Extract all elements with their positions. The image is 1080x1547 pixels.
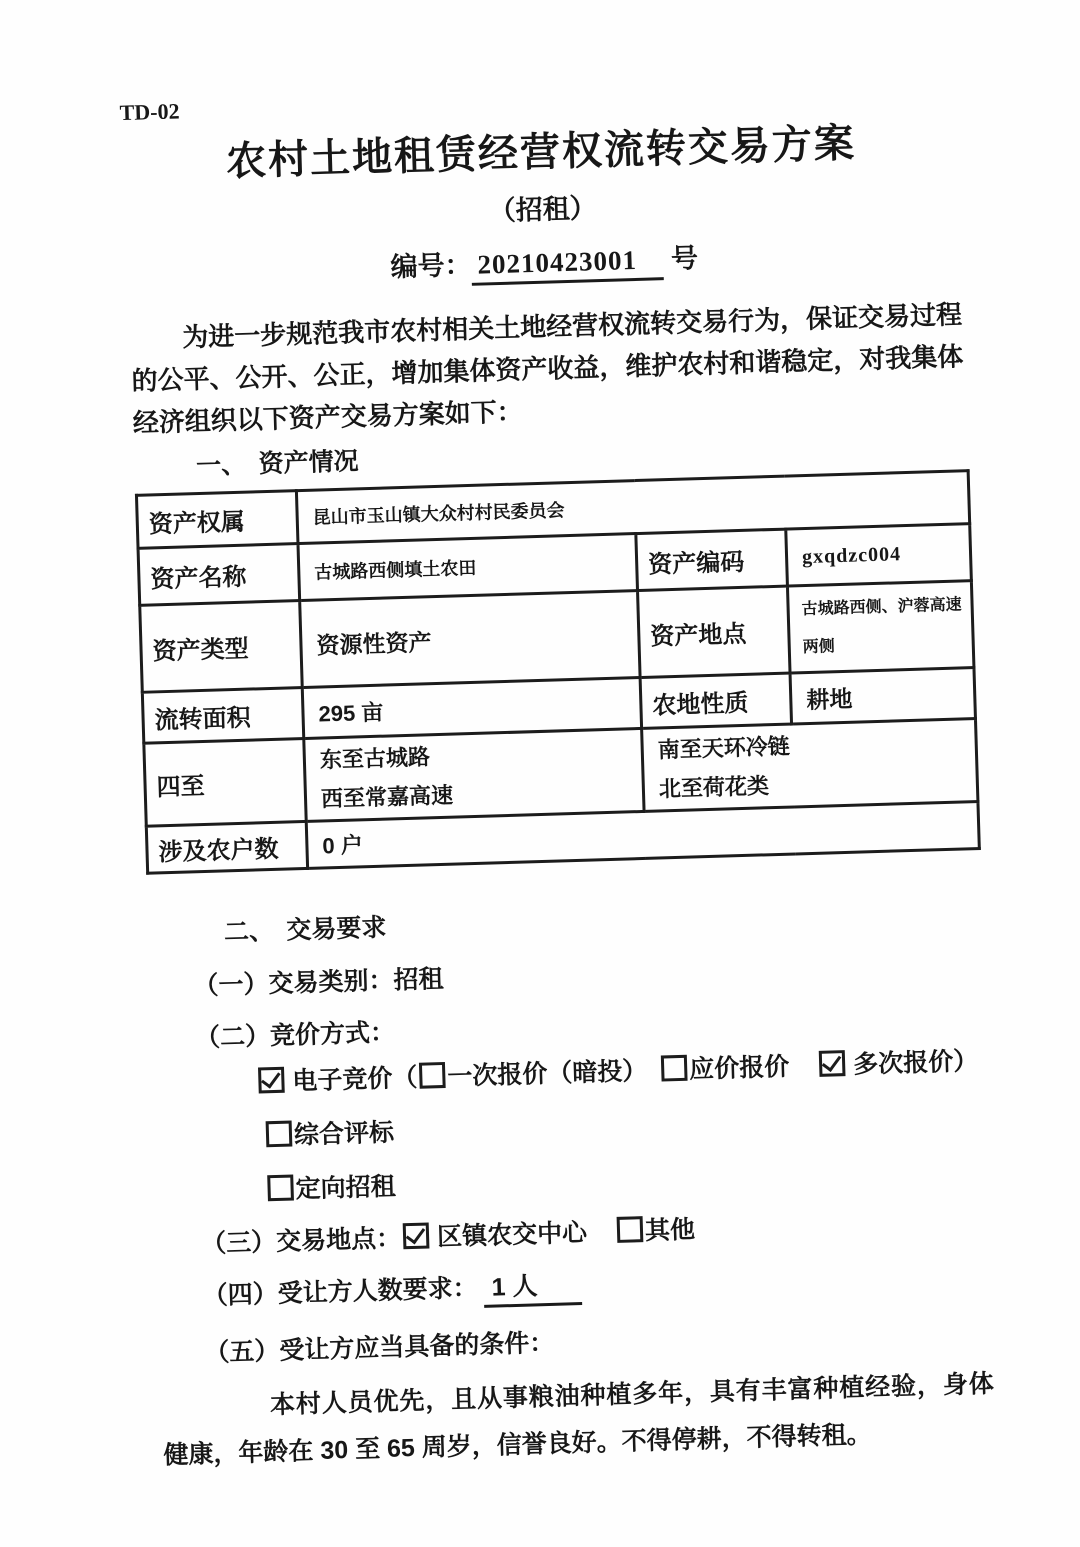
- transfer-area-label: 流转面积: [142, 688, 303, 744]
- doc-number-label: 编号：: [390, 250, 472, 282]
- document-content: TD-02 农村土地租赁经营权流转交易方案 （招租） 编号：2021042300…: [0, 0, 1080, 1484]
- asset-location-label: 资产地点: [638, 586, 791, 677]
- checkbox-unchecked-icon: [419, 1062, 446, 1089]
- checkbox-unchecked-icon: [617, 1216, 644, 1243]
- form-code: TD-02: [119, 75, 955, 126]
- bidding-electronic-label: 电子竞价: [292, 1065, 393, 1096]
- directed-lease-label: 定向招租: [295, 1172, 396, 1203]
- bidding-response-label: 应价报价: [689, 1053, 790, 1084]
- directed-lease-line: 定向招租: [265, 1154, 988, 1205]
- bidding-one-time-label: 一次报价（暗投）: [447, 1057, 648, 1091]
- bidding-multiple-label: 多次报价: [853, 1048, 954, 1079]
- trade-type-line: （一）交易类别：招租: [193, 948, 982, 1001]
- bidding-group-close: ）: [953, 1047, 979, 1076]
- bidding-method-label: （二）竞价方式：: [195, 1018, 396, 1052]
- boundary-north: 北至荷花类: [658, 760, 975, 808]
- asset-code-label: 资产编码: [636, 529, 788, 590]
- doc-number-suffix: 号: [670, 243, 698, 274]
- asset-owner-label: 资产权属: [136, 491, 298, 549]
- asset-code-value: gxqdzc004: [786, 524, 972, 586]
- location-other-label: 其他: [645, 1216, 696, 1245]
- scanned-document-page: TD-02 农村土地租赁经营权流转交易方案 （招租） 编号：2021042300…: [0, 0, 1080, 1547]
- bidding-options-line: 电子竞价（一次报价（暗投）应价报价多次报价）: [256, 1046, 985, 1098]
- farmland-nature-label: 农地性质: [640, 673, 791, 728]
- document-subtitle: （招租）: [126, 175, 959, 239]
- trade-type-value: 招租: [393, 965, 444, 994]
- transferee-count-line: （四）受让方人数要求：1 人: [202, 1258, 991, 1316]
- transferee-conditions-label: （五）受让方应当具备的条件：: [204, 1329, 555, 1367]
- farmland-nature-value: 耕地: [790, 668, 975, 724]
- asset-type-label: 资产类型: [140, 601, 303, 693]
- transferee-conditions-line: （五）受让方应当具备的条件：: [204, 1315, 993, 1368]
- intro-paragraph: 为进一步规范我市农村相关土地经营权流转交易行为，保证交易过程的公平、公开、公正，…: [130, 293, 965, 444]
- comprehensive-eval-line: 综合评标: [264, 1100, 987, 1151]
- bidding-group-open: （: [392, 1064, 418, 1093]
- document-number-line: 编号：20210423001号: [128, 228, 961, 296]
- boundaries-south-north: 南至天环冷链 北至荷花类: [642, 719, 978, 812]
- trade-type-label: （一）交易类别：: [193, 966, 394, 1000]
- document-title: 农村土地租赁经营权流转交易方案: [124, 117, 957, 188]
- asset-type-value: 资源性资产: [300, 591, 640, 688]
- conditions-paragraph: 本村人员优先，且从事粮油种植多年，具有丰富种植经验，身体健康，年龄在 30 至 …: [161, 1361, 995, 1480]
- checkbox-unchecked-icon: [661, 1055, 688, 1082]
- bidding-method-line: （二）竞价方式：: [195, 1000, 984, 1053]
- boundary-west: 西至常嘉高速: [320, 770, 641, 818]
- doc-number-value: 20210423001: [471, 244, 663, 286]
- asset-info-table: 资产权属 昆山市玉山镇大众村村民委员会 资产名称 古城路西侧填土农田 资产编码 …: [135, 469, 981, 875]
- checkbox-checked-icon: [819, 1050, 846, 1077]
- trade-location-label: （三）交易地点：: [201, 1224, 402, 1258]
- checkbox-checked-icon: [403, 1223, 430, 1250]
- transferee-count-label: （四）受让方人数要求：: [202, 1274, 478, 1310]
- checkbox-unchecked-icon: [266, 1121, 293, 1148]
- section2-heading: 二、 交易要求: [223, 890, 980, 948]
- checkbox-unchecked-icon: [267, 1175, 294, 1202]
- boundaries-east-west: 东至古城路 西至常嘉高速: [304, 728, 644, 821]
- asset-location-value: 古城路西侧、沪蓉高速两侧: [787, 581, 973, 673]
- asset-name-label: 资产名称: [138, 544, 300, 606]
- comprehensive-eval-label: 综合评标: [294, 1119, 395, 1150]
- location-center-label: 区镇农交中心: [437, 1219, 588, 1251]
- household-count-label: 涉及农户数: [146, 821, 307, 873]
- checkbox-checked-icon: [258, 1067, 285, 1094]
- transferee-count-value: 1 人: [483, 1270, 582, 1308]
- trade-location-line: （三）交易地点：区镇农交中心其他: [201, 1206, 990, 1259]
- boundaries-label: 四至: [144, 738, 306, 826]
- asset-name-value: 古城路西侧填土农田: [298, 534, 638, 601]
